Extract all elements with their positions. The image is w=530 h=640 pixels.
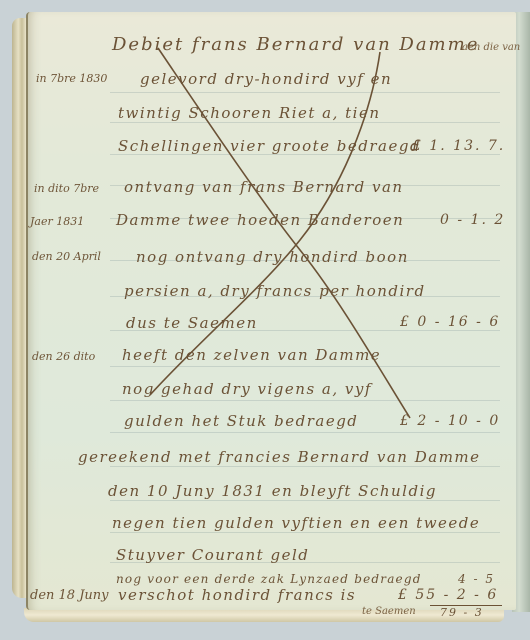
cross-out-mark: [0, 0, 530, 640]
